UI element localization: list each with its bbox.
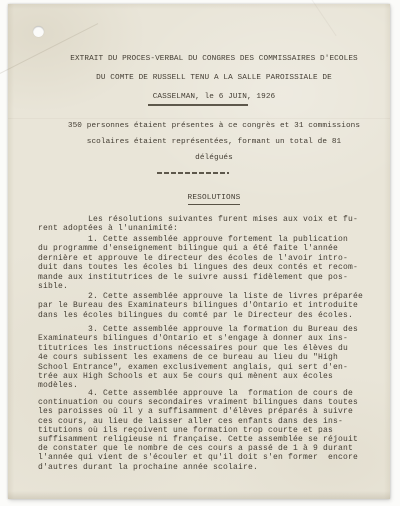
text-line: délégués [38,150,390,166]
text-line: d'autres durant la prochaine année scola… [38,463,358,472]
text-line: School Entrance", examen exclusivement a… [38,363,358,372]
text-line: 3. Cette assemblée approuve la formation… [38,325,358,334]
paper-crease [285,0,336,36]
paragraph-resolution-2: 2. Cette assemblée approuve la liste de … [38,292,363,320]
section-title: RESOLUTIONS [188,193,241,205]
text-line: ces cours, au lieu de laisser aller ces … [38,417,358,426]
paragraph-resolution-4: 4. Cette assemblée approuve la formation… [38,389,358,472]
text-line: de constater que le nombre de ces cours … [38,444,358,453]
text-line: rent adoptées à l'unanimité: [38,224,358,233]
punch-hole [33,26,44,37]
text-line: dans les écoles bilingues du comté par l… [38,311,363,320]
text-line: DU COMTE DE RUSSELL TENU A LA SALLE PARO… [38,69,390,88]
text-line: continuation ou cours secondaires vraime… [38,398,358,407]
text-line: EXTRAIT DU PROCES-VERBAL DU CONGRES DES … [38,50,390,69]
text-line: Examinateurs bilingues d'Ontario et s'en… [38,334,358,343]
text-line: titutrices les instructions nécessaires … [38,344,358,353]
paragraph-intro: Les résolutions suivantes furent mises a… [38,215,358,234]
text-line: Les résolutions suivantes furent mises a… [38,215,358,224]
document-heading: EXTRAIT DU PROCES-VERBAL DU CONGRES DES … [38,50,390,107]
text-line: 2. Cette assemblée approuve la liste de … [38,292,363,301]
paper: EXTRAIT DU PROCES-VERBAL DU CONGRES DES … [8,4,390,499]
text-line: scolaires étaient représentées, formant … [38,134,390,150]
text-line: 4e cours subissent les examens de ce bur… [38,353,358,362]
text-line: 350 personnes étaient présentes à ce con… [38,118,390,134]
text-line: les paroisses où il y a suffisamment d'é… [38,407,358,416]
attendance-divider-line [157,172,229,174]
text-line: suffisamment religieuse ni française. Ce… [38,435,358,444]
text-line: par le Bureau des Examinateurs bilingues… [38,301,363,310]
paragraph-resolution-1: 1. Cette assemblée approuve fortement la… [38,235,358,291]
text-line: dernière et approuve le directeur des éc… [38,254,358,263]
text-line: duit dans toutes les écoles bi lingues d… [38,263,358,272]
text-line: sible. [38,282,358,291]
text-line: du programme d'enseignement bilingue qui… [38,244,358,253]
text-line: titutions où ils reçoivent une formation… [38,426,358,435]
text-line: l'année qui vient de s'écouler et qu'il … [38,453,358,462]
heading-divider-line [148,104,248,106]
text-line: trée aux High Schools et aux 5e cours qu… [38,372,358,381]
section-title-wrap: RESOLUTIONS [38,193,390,205]
scanned-document-page: { "colors":{ "page_bg":"#fbfbf9", "paper… [0,0,400,506]
attendance-note: 350 personnes étaient présentes à ce con… [38,118,390,166]
paragraph-resolution-3: 3. Cette assemblée approuve la formation… [38,325,358,391]
text-line: 1. Cette assemblée approuve fortement la… [38,235,358,244]
text-line: 4. Cette assemblée approuve la formation… [38,389,358,398]
text-line: mande aux institutrices de le suivre aus… [38,273,358,282]
